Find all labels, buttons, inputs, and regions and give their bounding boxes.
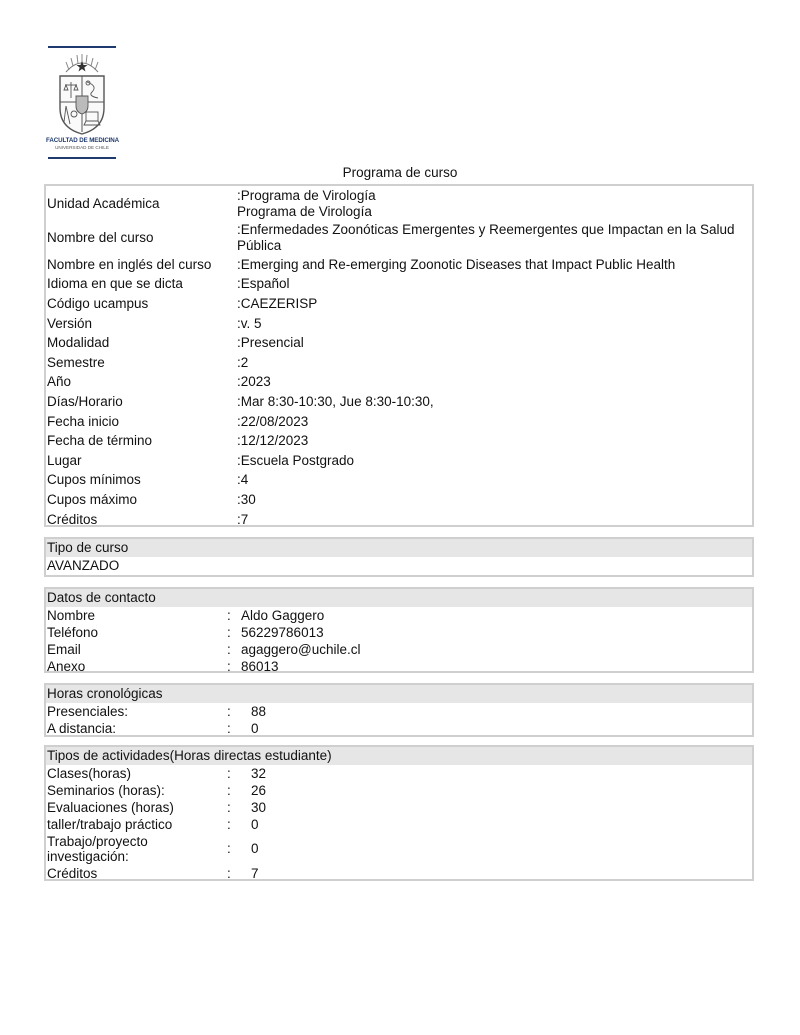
info-value: :Mar 8:30-10:30, Jue 8:30-10:30, bbox=[237, 394, 752, 410]
info-label: Fecha inicio bbox=[46, 414, 237, 430]
section-row: Anexo:86013 bbox=[46, 658, 752, 675]
section-header: Horas cronológicas bbox=[46, 685, 752, 703]
row-value: 56229786013 bbox=[241, 624, 752, 641]
row-label: Seminarios (horas): bbox=[46, 782, 227, 799]
row-colon: : bbox=[227, 782, 251, 799]
row-value: 0 bbox=[251, 816, 752, 833]
info-row: Código ucampus:CAEZERISP bbox=[46, 294, 752, 314]
section-row: A distancia::0 bbox=[46, 720, 752, 737]
section-row: Email:agaggero@uchile.cl bbox=[46, 641, 752, 658]
row-colon: : bbox=[227, 607, 241, 624]
section-row: Trabajo/proyecto investigación::0 bbox=[46, 833, 752, 865]
info-label: Días/Horario bbox=[46, 394, 237, 410]
info-row: Días/Horario:Mar 8:30-10:30, Jue 8:30-10… bbox=[46, 392, 752, 412]
section-header: Tipo de curso bbox=[46, 539, 752, 557]
row-label: Trabajo/proyecto investigación: bbox=[46, 834, 227, 864]
course-type-value: AVANZADO bbox=[46, 557, 752, 575]
logo-bottom-rule bbox=[48, 157, 116, 159]
row-label: A distancia: bbox=[46, 720, 227, 737]
row-value: 0 bbox=[251, 833, 752, 865]
row-value[interactable]: agaggero@uchile.cl bbox=[241, 641, 752, 658]
section-header: Datos de contacto bbox=[46, 589, 752, 607]
info-row: Cupos mínimos:4 bbox=[46, 471, 752, 491]
info-value: :2 bbox=[237, 355, 752, 371]
row-label: Teléfono bbox=[46, 624, 227, 641]
section-row: Créditos:7 bbox=[46, 865, 752, 882]
info-label: Lugar bbox=[46, 453, 237, 469]
info-label: Cupos máximo bbox=[46, 492, 237, 508]
info-label: Semestre bbox=[46, 355, 237, 371]
info-row: Versión:v. 5 bbox=[46, 314, 752, 334]
section-header: Tipos de actividades(Horas directas estu… bbox=[46, 747, 752, 765]
row-value: 86013 bbox=[241, 658, 752, 675]
info-value: :2023 bbox=[237, 374, 752, 390]
general-info-table: Unidad Académica:Programa de Virología P… bbox=[44, 184, 754, 527]
row-value: 26 bbox=[251, 782, 752, 799]
info-label: Versión bbox=[46, 316, 237, 332]
info-row: Nombre del curso:Enfermedades Zoonóticas… bbox=[46, 221, 752, 255]
info-row: Año:2023 bbox=[46, 373, 752, 393]
info-row: Fecha de término:12/12/2023 bbox=[46, 431, 752, 451]
info-label: Idioma en que se dicta bbox=[46, 276, 237, 292]
section-row: Nombre:Aldo Gaggero bbox=[46, 607, 752, 624]
info-row: Nombre en inglés del curso:Emerging and … bbox=[46, 255, 752, 275]
row-colon: : bbox=[227, 765, 251, 782]
info-row: Modalidad:Presencial bbox=[46, 333, 752, 353]
info-value: :Escuela Postgrado bbox=[237, 453, 752, 469]
row-colon: : bbox=[227, 799, 251, 816]
info-value: :7 bbox=[237, 512, 752, 528]
faculty-logo: FACULTAD DE MEDICINA UNIVERSIDAD DE CHIL… bbox=[46, 46, 118, 160]
row-colon: : bbox=[227, 641, 241, 658]
info-label: Nombre del curso bbox=[46, 230, 237, 246]
section-row: Clases(horas):32 bbox=[46, 765, 752, 782]
row-value: 0 bbox=[251, 720, 752, 737]
row-colon: : bbox=[227, 624, 241, 641]
row-colon: : bbox=[227, 720, 251, 737]
info-label: Créditos bbox=[46, 512, 237, 528]
info-value: :4 bbox=[237, 472, 752, 488]
row-label: Clases(horas) bbox=[46, 765, 227, 782]
row-colon: : bbox=[227, 658, 241, 675]
info-label: Fecha de término bbox=[46, 433, 237, 449]
info-row: Créditos:7 bbox=[46, 510, 752, 530]
row-label: Presenciales: bbox=[46, 703, 227, 720]
info-label: Nombre en inglés del curso bbox=[46, 257, 237, 273]
info-value: :Español bbox=[237, 276, 752, 292]
info-value: :Emerging and Re-emerging Zoonotic Disea… bbox=[237, 257, 752, 273]
info-label: Cupos mínimos bbox=[46, 472, 237, 488]
section-row: Teléfono:56229786013 bbox=[46, 624, 752, 641]
section-row: Seminarios (horas)::26 bbox=[46, 782, 752, 799]
row-colon: : bbox=[227, 703, 251, 720]
info-value: :12/12/2023 bbox=[237, 433, 752, 449]
row-label: Anexo bbox=[46, 658, 227, 675]
coat-of-arms-icon bbox=[58, 52, 106, 136]
section-row: taller/trabajo práctico:0 bbox=[46, 816, 752, 833]
info-value: :Presencial bbox=[237, 335, 752, 351]
row-label: Email bbox=[46, 641, 227, 658]
info-row: Lugar:Escuela Postgrado bbox=[46, 451, 752, 471]
info-row: Semestre:2 bbox=[46, 353, 752, 373]
info-value: :Programa de Virología Programa de Virol… bbox=[237, 188, 752, 220]
logo-top-rule bbox=[48, 46, 116, 48]
info-label: Año bbox=[46, 374, 237, 390]
contact-section: Datos de contacto Nombre:Aldo GaggeroTel… bbox=[44, 587, 754, 673]
info-value: :v. 5 bbox=[237, 316, 752, 332]
info-label: Modalidad bbox=[46, 335, 237, 351]
course-type-section: Tipo de curso AVANZADO bbox=[44, 537, 754, 577]
info-label: Unidad Académica bbox=[46, 196, 237, 212]
row-label: Créditos bbox=[46, 865, 227, 882]
info-value: :22/08/2023 bbox=[237, 414, 752, 430]
row-value: 30 bbox=[251, 799, 752, 816]
row-label: Nombre bbox=[46, 607, 227, 624]
info-row: Fecha inicio:22/08/2023 bbox=[46, 412, 752, 432]
info-value: :CAEZERISP bbox=[237, 296, 752, 312]
row-value: 32 bbox=[251, 765, 752, 782]
row-value: Aldo Gaggero bbox=[241, 607, 752, 624]
document-title: Programa de curso bbox=[0, 165, 800, 180]
university-name: UNIVERSIDAD DE CHILE bbox=[46, 145, 118, 150]
section-row: Evaluaciones (horas):30 bbox=[46, 799, 752, 816]
info-row: Cupos máximo:30 bbox=[46, 490, 752, 510]
activities-section: Tipos de actividades(Horas directas estu… bbox=[44, 745, 754, 881]
row-label: Evaluaciones (horas) bbox=[46, 799, 227, 816]
row-colon: : bbox=[227, 865, 251, 882]
info-row: Idioma en que se dicta:Español bbox=[46, 275, 752, 295]
info-value: :30 bbox=[237, 492, 752, 508]
row-colon: : bbox=[227, 816, 251, 833]
faculty-name: FACULTAD DE MEDICINA bbox=[46, 137, 118, 144]
hours-section: Horas cronológicas Presenciales::88A dis… bbox=[44, 683, 754, 737]
section-row: Presenciales::88 bbox=[46, 703, 752, 720]
info-label: Código ucampus bbox=[46, 296, 237, 312]
row-value: 7 bbox=[251, 865, 752, 882]
info-row: Unidad Académica:Programa de Virología P… bbox=[46, 187, 752, 221]
row-value: 88 bbox=[251, 703, 752, 720]
row-label: taller/trabajo práctico bbox=[46, 816, 227, 833]
info-value: :Enfermedades Zoonóticas Emergentes y Re… bbox=[237, 222, 752, 254]
row-colon: : bbox=[227, 833, 251, 865]
